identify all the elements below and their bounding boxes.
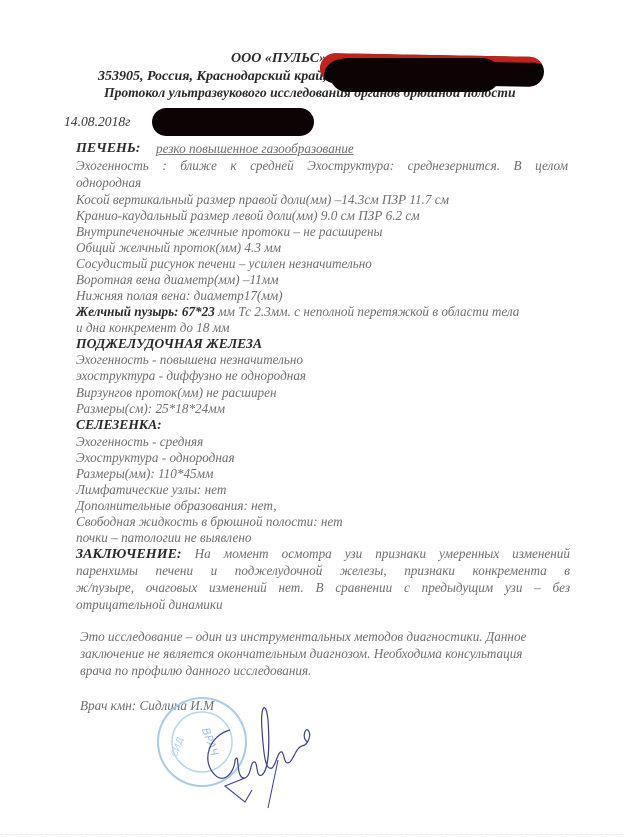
- pancreas-line: Размеры(см): 25*18*24мм: [76, 401, 225, 417]
- pancreas-line: Вирзунгов проток(мм) не расширен: [76, 385, 277, 401]
- conclusion-line: отрицательной динамики: [76, 597, 223, 613]
- redaction-mark: [152, 108, 314, 136]
- redaction-mark: [330, 58, 500, 92]
- document-page: ООО «ПУЛЬС» 353905, Россия, Краснодарски…: [0, 0, 624, 837]
- spleen-line: Лимфатические узлы: нет: [76, 482, 226, 498]
- pancreas-line: Эхогенность - повышена незначительно: [76, 352, 303, 368]
- spleen-line: Размеры(мм): 110*45мм: [76, 466, 213, 482]
- disclaimer-line: Это исследование – один из инструменталь…: [80, 629, 526, 645]
- exam-date: 14.08.2018г: [64, 114, 130, 130]
- signature-icon: [190, 690, 340, 810]
- liver-line: Косой вертикальный размер правой доли(мм…: [76, 192, 449, 208]
- conclusion-line: паренхимы печени и поджелудочной железы,…: [76, 563, 570, 579]
- liver-line: Эхогенность : ближе к средней Эхострукту…: [76, 158, 568, 174]
- gallbladder-line: и дна конкремент до 18 мм: [76, 320, 230, 336]
- liver-line: Общий желчный проток(мм) 4.3 мм: [76, 240, 281, 256]
- conclusion-line: ЗАКЛЮЧЕНИЕ: На момент осмотра узи призна…: [76, 546, 570, 563]
- pancreas-heading: ПОДЖЕЛУДОЧНАЯ ЖЕЛЕЗА: [76, 336, 262, 352]
- org-address: 353905, Россия, Краснодарский край,: [98, 69, 326, 85]
- spleen-heading: СЕЛЕЗЕНКА:: [76, 417, 162, 433]
- disclaimer-line: заключение не является окончательным диа…: [80, 646, 522, 662]
- conclusion-line: ж/пузыре, очаговых изменений нет. В срав…: [76, 580, 570, 596]
- liver-line: Внутрипеченочные желчные протоки – не ра…: [76, 224, 382, 240]
- conclusion-text: На момент осмотра узи признаки умеренных…: [195, 546, 570, 561]
- org-name: ООО «ПУЛЬС»: [231, 51, 326, 67]
- spleen-line: Эхогенность - средняя: [76, 434, 203, 450]
- liver-heading: ПЕЧЕНЬ:: [76, 141, 140, 157]
- page-edge: [0, 834, 624, 835]
- spleen-line: Дополнительные образования: нет,: [76, 498, 277, 514]
- gallbladder-label: Желчный пузырь: 67*23: [76, 304, 215, 319]
- liver-line: Нижняя полая вена: диаметр17(мм): [76, 288, 283, 304]
- pancreas-line: эхоструктура - диффузно не однородная: [76, 368, 306, 384]
- conclusion-heading: ЗАКЛЮЧЕНИЕ:: [76, 547, 182, 562]
- liver-line: Кранио-каудальный размер левой доли(мм) …: [76, 208, 420, 224]
- disclaimer-line: врача по профилю данного исследования.: [80, 663, 311, 679]
- spleen-line: Эхоструктура - однородная: [76, 450, 235, 466]
- spleen-line: почки – патологии не выявлено: [76, 530, 251, 546]
- liver-line: Сосудистый рисунок печени – усилен незна…: [76, 256, 372, 272]
- spleen-line: Свободная жидкость в брюшной полости: не…: [76, 514, 343, 530]
- gallbladder-text: мм Тс 2.3мм. с неполной перетяжкой в обл…: [215, 304, 520, 319]
- gallbladder-line: Желчный пузырь: 67*23 мм Тс 2.3мм. с неп…: [76, 304, 519, 320]
- liver-line: однородная: [76, 175, 141, 191]
- liver-note: резко повышенное газообразование: [156, 141, 354, 157]
- liver-line: Воротная вена диаметр(мм) –11мм: [76, 272, 279, 288]
